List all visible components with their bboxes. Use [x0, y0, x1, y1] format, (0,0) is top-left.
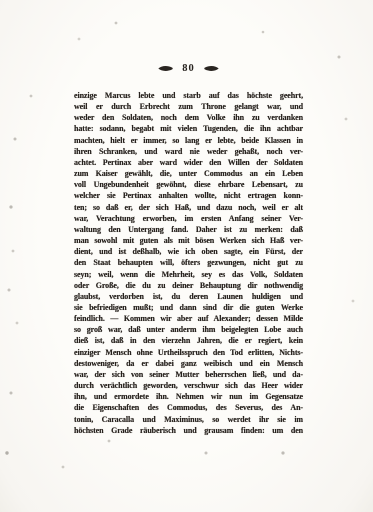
body-text-line: einziger Mensch ohne Urtheilsspruch den …: [74, 347, 303, 358]
body-text-line: höchsten Grade räuberisch und grausam fi…: [74, 425, 303, 436]
body-text-line: waltung den Untergang fand. Daher ist zu…: [74, 224, 303, 235]
body-text-line: weil er durch Erbrecht zum Throne gelang…: [74, 101, 303, 112]
scanned-book-page: 80 einzige Marcus lebte und starb auf da…: [0, 0, 373, 512]
body-text-line: dient, und ist deßhalb, wie ich oben sag…: [74, 246, 303, 257]
scan-noise-speckles: [0, 0, 2, 2]
body-text-line: die Eigenschaften des Commodus, des Seve…: [74, 402, 303, 413]
body-text-line: seyn; weil, wenn die Mehrheit, sey es da…: [74, 269, 303, 280]
body-text-line: sie befriedigen mußt; und dann sind dir …: [74, 302, 303, 313]
body-text-line: welcher sie Pertinax anhalten wollte, ni…: [74, 190, 303, 201]
body-text-line: ten; so daß er, der sich Haß, und dazu n…: [74, 202, 303, 213]
fleuron-right-icon: [204, 65, 219, 72]
body-text-line: so groß war, daß unter anderm ihm beigel…: [74, 324, 303, 335]
body-text-line: oder Große, die du zu deiner Behauptung …: [74, 280, 303, 291]
body-text-line: man sowohl mit guten als mit bösen Werke…: [74, 235, 303, 246]
fleuron-left-icon: [158, 65, 173, 72]
body-text-line: hatte: sodann, begabt mit vielen Tugende…: [74, 123, 303, 134]
body-text-line: feindlich. — Kommen wir aber auf Alexand…: [74, 313, 303, 324]
body-text-line: zum Kaiser gewählt, die, unter Commodus …: [74, 168, 303, 179]
page-text-block: einzige Marcus lebte und starb auf das h…: [74, 90, 303, 436]
body-text-line: dieß ist, daß in den vierzehn Jahren, di…: [74, 335, 303, 346]
body-text-line: weder den Soldaten, noch dem Volke ihn z…: [74, 112, 303, 123]
body-text-line: ihn, und ermordete ihn. Nehmen wir nun i…: [74, 391, 303, 402]
body-text-line: glaubst, verdorben ist, du deren Launen …: [74, 291, 303, 302]
page-number: 80: [182, 63, 195, 74]
body-text-line: einzige Marcus lebte und starb auf das h…: [74, 90, 303, 101]
body-text-line: durch verächtlich geworden, verschwur si…: [74, 380, 303, 391]
body-text-line: tonin, Caracalla und Maximinus, so werde…: [74, 414, 303, 425]
body-text-line: machten, hielt er immer, so lang er lebt…: [74, 135, 303, 146]
body-text-line: voll Ungebundenheit gewöhnt, diese ehrba…: [74, 179, 303, 190]
body-text-line: destoweniger, da er dabei ganz weibisch …: [74, 358, 303, 369]
body-text-line: ihren Schranken, und ward nie weder geha…: [74, 146, 303, 157]
body-text-line: war, der sich von seiner Mutter beherrsc…: [74, 369, 303, 380]
body-text-line: war, Verachtung erworben, im ersten Anfa…: [74, 213, 303, 224]
body-text-line: achtet. Pertinax aber ward wider den Wil…: [74, 157, 303, 168]
running-head: 80: [74, 63, 303, 74]
body-text-line: den Staat behaupten will, öfters gezwung…: [74, 257, 303, 268]
